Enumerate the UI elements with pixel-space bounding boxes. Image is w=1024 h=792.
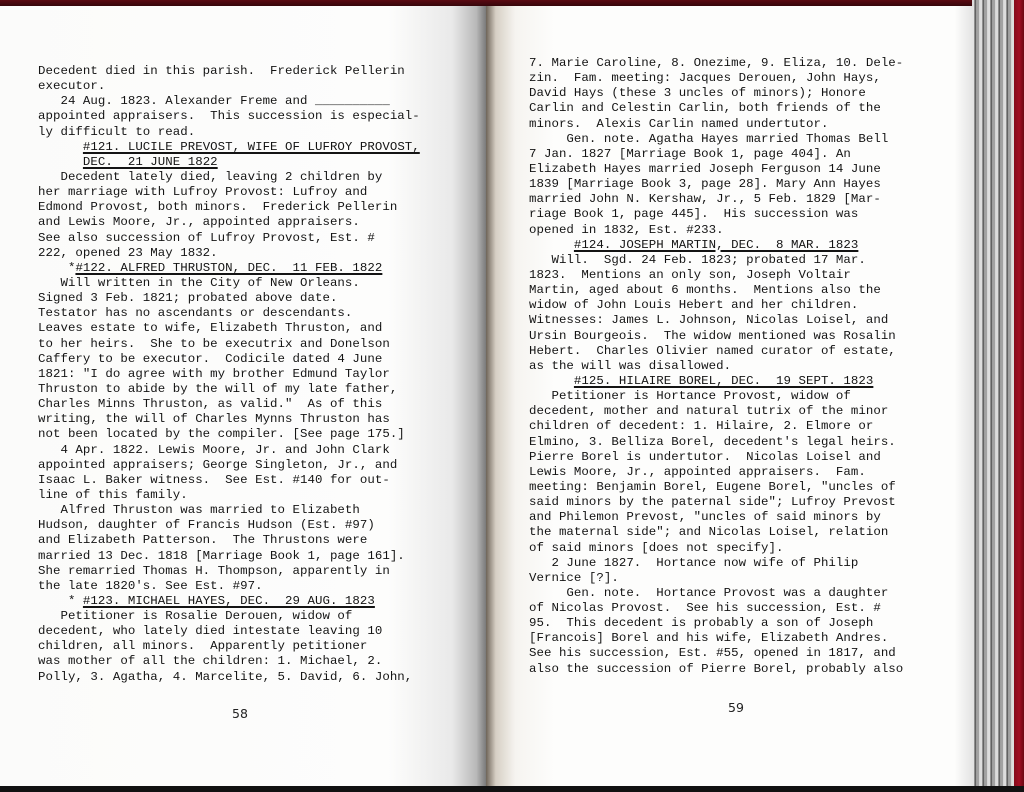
text-line: Will. Sgd. 24 Feb. 1823; probated 17 Mar… [529,253,903,268]
text-line: Will written in the City of New Orleans. [38,276,420,291]
text-line: Elmino, 3. Belliza Borel, decedent's leg… [529,435,903,450]
text-line: Ursin Bourgeois. The widow mentioned was… [529,329,903,344]
text-line: zin. Fam. meeting: Jacques Derouen, John… [529,71,903,86]
right-page-number: 59 [728,700,744,715]
text-line: Polly, 3. Agatha, 4. Marcelite, 5. David… [38,670,420,685]
text-line: Testator has no ascendants or descendant… [38,306,420,321]
text-line: as the will was disallowed. [529,359,903,374]
entry-heading: *#122. ALFRED THRUSTON, DEC. 11 FEB. 182… [38,261,420,276]
entry-heading: #121. LUCILE PREVOST, WIFE OF LUFROY PRO… [38,140,420,155]
text-line: married 13 Dec. 1818 [Marriage Book 1, p… [38,549,420,564]
heading-text: #121. LUCILE PREVOST, WIFE OF LUFROY PRO… [83,140,420,154]
text-line: her marriage with Lufroy Provost: Lufroy… [38,185,420,200]
text-line: executor. [38,79,420,94]
text-line: 222, opened 23 May 1832. [38,246,420,261]
right-page-text: 7. Marie Caroline, 8. Onezime, 9. Eliza,… [529,56,903,677]
text-line: Vernice [?]. [529,571,903,586]
entry-heading: #125. HILAIRE BOREL, DEC. 19 SEPT. 1823 [529,374,903,389]
text-line: opened in 1832, Est. #233. [529,223,903,238]
text-line: See also succession of Lufroy Provost, E… [38,231,420,246]
text-line: and Philemon Prevost, "uncles of said mi… [529,510,903,525]
text-line: and Lewis Moore, Jr., appointed appraise… [38,215,420,230]
text-line: Signed 3 Feb. 1821; probated above date. [38,291,420,306]
text-line: Martin, aged about 6 months. Mentions al… [529,283,903,298]
text-line: 24 Aug. 1823. Alexander Freme and ______… [38,94,420,109]
text-line: widow of John Louis Hebert and her child… [529,298,903,313]
text-line: to her heirs. She to be executrix and Do… [38,337,420,352]
text-line: riage Book 1, page 445]. His succession … [529,207,903,222]
text-line: [Francois] Borel and his wife, Elizabeth… [529,631,903,646]
text-line: also the succession of Pierre Borel, pro… [529,662,903,677]
heading-indent [529,238,574,252]
text-line: Gen. note. Hortance Provost was a daught… [529,586,903,601]
heading-indent [38,155,83,169]
entry-heading: DEC. 21 JUNE 1822 [38,155,420,170]
heading-text: DEC. 21 JUNE 1822 [83,155,218,169]
text-line: Decedent died in this parish. Frederick … [38,64,420,79]
text-line: David Hays (these 3 uncles of minors); H… [529,86,903,101]
text-line: Alfred Thruston was married to Elizabeth [38,503,420,518]
text-line: 2 June 1827. Hortance now wife of Philip [529,556,903,571]
heading-indent [38,140,83,154]
text-line: ly difficult to read. [38,125,420,140]
text-line: 1821: "I do agree with my brother Edmund… [38,367,420,382]
heading-indent: * [38,261,75,275]
text-line: appointed appraisers. This succession is… [38,109,420,124]
text-line: Leaves estate to wife, Elizabeth Thrusto… [38,321,420,336]
heading-indent [529,374,574,388]
text-line: Carlin and Celestin Carlin, both friends… [529,101,903,116]
right-page: 7. Marie Caroline, 8. Onezime, 9. Eliza,… [486,6,974,786]
entry-heading: * #123. MICHAEL HAYES, DEC. 29 AUG. 1823 [38,594,420,609]
text-line: Hebert. Charles Olivier named curator of… [529,344,903,359]
text-line: writing, the will of Charles Mynns Thrus… [38,412,420,427]
text-line: not been located by the compiler. [See p… [38,427,420,442]
left-page: Decedent died in this parish. Frederick … [0,6,486,786]
text-line: Edmond Provost, both minors. Frederick P… [38,200,420,215]
text-line: appointed appraisers; George Singleton, … [38,458,420,473]
text-line: was mother of all the children: 1. Micha… [38,654,420,669]
text-line: the late 1820's. See Est. #97. [38,579,420,594]
text-line: Petitioner is Rosalie Derouen, widow of [38,609,420,624]
text-line: See his succession, Est. #55, opened in … [529,646,903,661]
page-edges-stack [972,0,1014,792]
left-page-number: 58 [232,706,248,721]
text-line: minors. Alexis Carlin named undertutor. [529,117,903,132]
text-line: children, all minors. Apparently petitio… [38,639,420,654]
text-line: Elizabeth Hayes married Joseph Ferguson … [529,162,903,177]
text-line: Pierre Borel is undertutor. Nicolas Lois… [529,450,903,465]
text-line: the maternal side"; and Nicolas Loisel, … [529,525,903,540]
text-line: of Nicolas Provost. See his succession, … [529,601,903,616]
text-line: married John N. Kershaw, Jr., 5 Feb. 182… [529,192,903,207]
left-page-text: Decedent died in this parish. Frederick … [38,64,420,685]
text-line: 1839 [Marriage Book 3, page 28]. Mary An… [529,177,903,192]
text-line: said minors by the paternal side"; Lufro… [529,495,903,510]
text-line: Gen. note. Agatha Hayes married Thomas B… [529,132,903,147]
text-line: Caffery to be executor. Codicile dated 4… [38,352,420,367]
background-bottom [0,786,1024,792]
text-line: Petitioner is Hortance Provost, widow of [529,389,903,404]
text-line: of said minors [does not specify]. [529,541,903,556]
heading-text: #125. HILAIRE BOREL, DEC. 19 SEPT. 1823 [574,374,873,388]
heading-text: #123. MICHAEL HAYES, DEC. 29 AUG. 1823 [83,594,375,608]
text-line: 4 Apr. 1822. Lewis Moore, Jr. and John C… [38,443,420,458]
text-line: 95. This decedent is probably a son of J… [529,616,903,631]
text-line: She remarried Thomas H. Thompson, appare… [38,564,420,579]
text-line: Isaac L. Baker witness. See Est. #140 fo… [38,473,420,488]
heading-text: #124. JOSEPH MARTIN, DEC. 8 MAR. 1823 [574,238,858,252]
entry-heading: #124. JOSEPH MARTIN, DEC. 8 MAR. 1823 [529,238,903,253]
text-line: 1823. Mentions an only son, Joseph Volta… [529,268,903,283]
heading-text: #122. ALFRED THRUSTON, DEC. 11 FEB. 1822 [75,261,382,275]
text-line: Decedent lately died, leaving 2 children… [38,170,420,185]
text-line: Thruston to abide by the will of my late… [38,382,420,397]
text-line: 7. Marie Caroline, 8. Onezime, 9. Eliza,… [529,56,903,71]
text-line: 7 Jan. 1827 [Marriage Book 1, page 404].… [529,147,903,162]
text-line: Lewis Moore, Jr., appointed appraisers. … [529,465,903,480]
text-line: Witnesses: James L. Johnson, Nicolas Loi… [529,313,903,328]
text-line: children of decedent: 1. Hilaire, 2. Elm… [529,419,903,434]
text-line: Charles Minns Thruston, as valid." As of… [38,397,420,412]
text-line: Hudson, daughter of Francis Hudson (Est.… [38,518,420,533]
text-line: decedent, mother and natural tutrix of t… [529,404,903,419]
text-line: decedent, who lately died intestate leav… [38,624,420,639]
text-line: line of this family. [38,488,420,503]
text-line: meeting: Benjamin Borel, Eugene Borel, "… [529,480,903,495]
heading-indent: * [38,594,83,608]
text-line: and Elizabeth Patterson. The Thrustons w… [38,533,420,548]
